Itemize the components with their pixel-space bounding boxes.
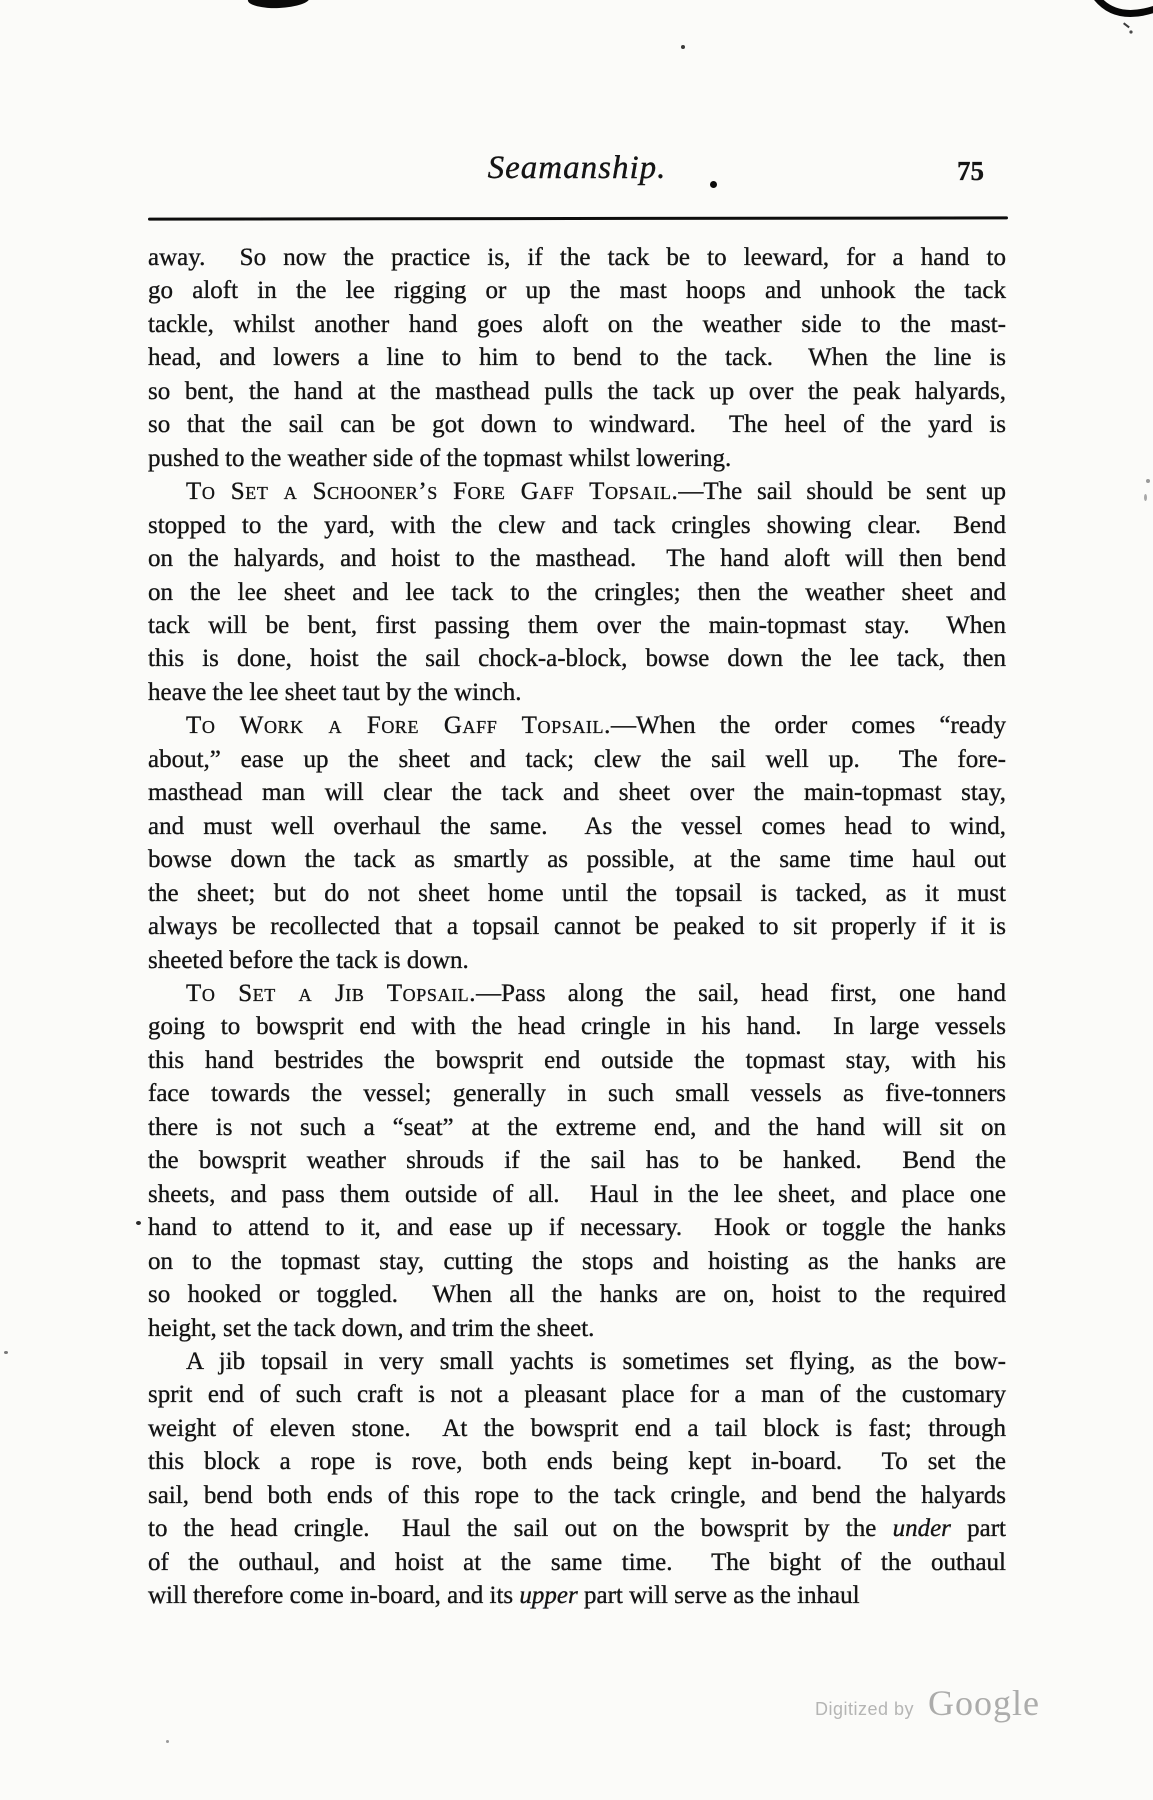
text-line: going to bowsprit end with the head crin… [148,1010,1006,1043]
text-line: tackle, whilst another hand goes aloft o… [148,308,1006,341]
watermark-prefix: Digitized by [815,1699,914,1719]
text-line: sheeted before the tack is down. [148,944,1006,977]
text-line: head, and lowers a line to him to bend t… [148,341,1006,374]
scan-speck [1146,479,1150,483]
paragraph: To Work a Fore Gaff Topsail.—When the or… [148,709,1006,977]
text-line: on to the topmast stay, cutting the stop… [148,1245,1006,1278]
text-line: on the halyards, and hoist to the masthe… [148,542,1006,575]
text-line: To Set a Schooner’s Fore Gaff Topsail.—T… [148,475,1006,508]
text-line: the bowsprit weather shrouds if the sail… [148,1144,1006,1177]
paragraph: To Set a Schooner’s Fore Gaff Topsail.—T… [148,475,1006,709]
text-line: sail, bend both ends of this rope to the… [148,1479,1006,1512]
google-logo-text: Google [928,1683,1040,1723]
text-body: away. So now the practice is, if the tac… [148,241,1006,1613]
text-line: masthead man will clear the tack and she… [148,776,1006,809]
ink-dot [710,181,717,188]
text-line: so bent, the hand at the masthead pulls … [148,375,1006,408]
paragraph: away. So now the practice is, if the tac… [148,241,1006,475]
text-line: stopped to the yard, with the clew and t… [148,509,1006,542]
text-line: always be recollected that a topsail can… [148,910,1006,943]
ink-mark-top-right [1093,0,1153,40]
header-rule [148,216,1008,220]
digitization-watermark: Digitized by Google [0,1682,1040,1724]
paragraph: To Set a Jib Topsail.—Pass along the sai… [148,977,1006,1345]
text-line: face towards the vessel; generally in su… [148,1077,1006,1110]
scan-speck [4,1351,8,1354]
scan-speck [136,1221,141,1225]
text-line: will therefore come in-board, and its up… [148,1579,1006,1612]
text-line: weight of eleven stone. At the bowsprit … [148,1412,1006,1445]
text-line: about,” ease up the sheet and tack; clew… [148,743,1006,776]
text-line: away. So now the practice is, if the tac… [148,241,1006,274]
paragraph: A jib topsail in very small yachts is so… [148,1345,1006,1613]
text-line: so that the sail can be got down to wind… [148,408,1006,441]
text-line: To Set a Jib Topsail.—Pass along the sai… [148,977,1006,1010]
text-line: and must well overhaul the same. As the … [148,810,1006,843]
running-head: Seamanship. 75 [148,150,1006,200]
text-line: To Work a Fore Gaff Topsail.—When the or… [148,709,1006,742]
text-line: this block a rope is rove, both ends bei… [148,1445,1006,1478]
text-line: the sheet; but do not sheet home until t… [148,877,1006,910]
text-line: hand to attend to it, and ease up if nec… [148,1211,1006,1244]
text-line: go aloft in the lee rigging or up the ma… [148,274,1006,307]
text-line: height, set the tack down, and trim the … [148,1312,1006,1345]
text-line: this is done, hoist the sail chock-a-blo… [148,642,1006,675]
scanned-book-page: Seamanship. 75 away. So now the practice… [0,0,1153,1800]
text-line: so hooked or toggled. When all the hanks… [148,1278,1006,1311]
text-line: there is not such a “seat” at the extrem… [148,1111,1006,1144]
scan-speck [166,1740,169,1743]
text-line: on the lee sheet and lee tack to the cri… [148,576,1006,609]
text-line: sprit end of such craft is not a pleasan… [148,1378,1006,1411]
text-line: heave the lee sheet taut by the winch. [148,676,1006,709]
scan-speck [1144,494,1147,501]
text-line: sheets, and pass them outside of all. Ha… [148,1178,1006,1211]
text-line: pushed to the weather side of the topmas… [148,442,1006,475]
text-line: tack will be bent, first passing them ov… [148,609,1006,642]
text-line: this hand bestrides the bowsprit end out… [148,1044,1006,1077]
scan-speck [681,45,685,49]
ink-smudge-top-left [248,0,310,9]
page-number: 75 [957,156,984,187]
page-title: Seamanship. [148,150,1006,187]
text-line: bowse down the tack as smartly as possib… [148,843,1006,876]
text-line: to the head cringle. Haul the sail out o… [148,1512,1006,1545]
text-line: A jib topsail in very small yachts is so… [148,1345,1006,1378]
text-line: of the outhaul, and hoist at the same ti… [148,1546,1006,1579]
